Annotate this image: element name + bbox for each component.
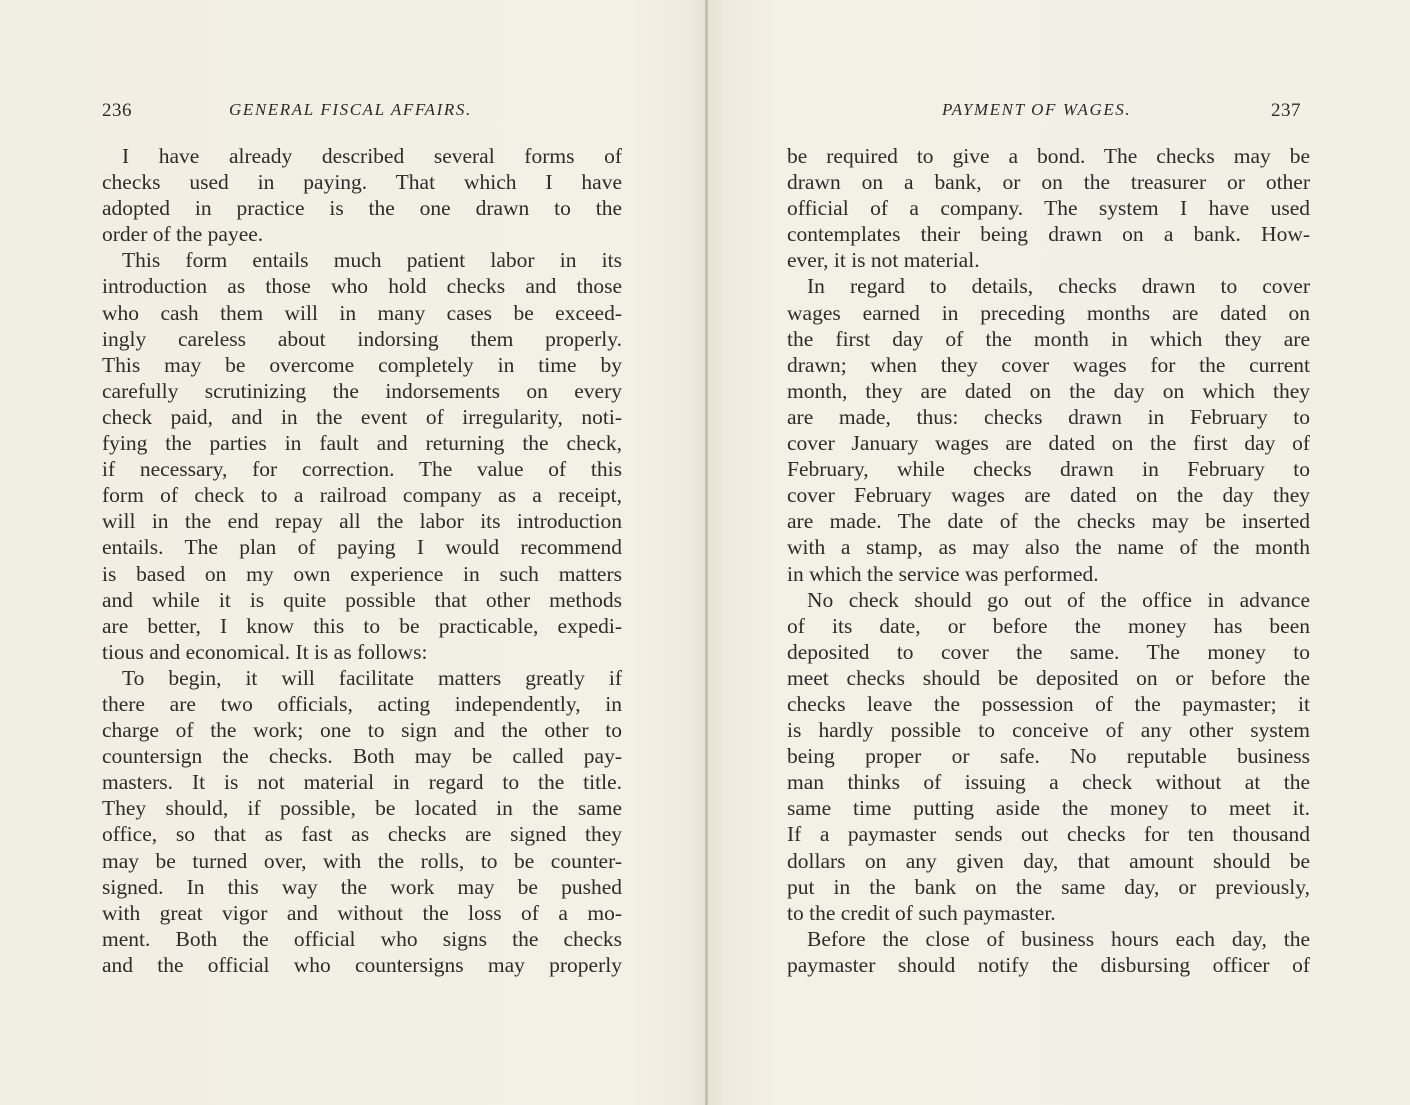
right-page: PAYMENT OF WAGES. 237 be required to giv…: [708, 0, 1410, 1105]
text-line: order of the payee.: [102, 221, 622, 247]
text-line: To begin, it will facilitate matters gre…: [102, 665, 622, 691]
text-line: there are two officials, acting independ…: [102, 691, 622, 717]
book-spread: 236 GENERAL FISCAL AFFAIRS. I have alrea…: [0, 0, 1410, 1105]
text-line: No check should go out of the office in …: [787, 587, 1310, 613]
text-line: and the official who countersigns may pr…: [102, 952, 622, 978]
text-line: wages earned in preceding months are dat…: [787, 300, 1310, 326]
text-line: is based on my own experience in such ma…: [102, 561, 622, 587]
text-line: entails. The plan of paying I would reco…: [102, 534, 622, 560]
text-line: are made. The date of the checks may be …: [787, 508, 1310, 534]
running-head: PAYMENT OF WAGES.: [942, 100, 1131, 120]
text-line: If a paymaster sends out checks for ten …: [787, 821, 1310, 847]
text-line: drawn; when they cover wages for the cur…: [787, 352, 1310, 378]
text-line: charge of the work; one to sign and the …: [102, 717, 622, 743]
text-line: adopted in practice is the one drawn to …: [102, 195, 622, 221]
text-line: ingly careless about indorsing them prop…: [102, 326, 622, 352]
text-line: who cash them will in many cases be exce…: [102, 300, 622, 326]
text-line: signed. In this way the work may be push…: [102, 874, 622, 900]
text-line: of its date, or before the money has bee…: [787, 613, 1310, 639]
text-line: meet checks should be deposited on or be…: [787, 665, 1310, 691]
text-line: masters. It is not material in regard to…: [102, 769, 622, 795]
text-line: being proper or safe. No reputable busin…: [787, 743, 1310, 769]
page-body-text: be required to give a bond. The checks m…: [787, 143, 1310, 978]
text-line: introduction as those who hold checks an…: [102, 273, 622, 299]
text-line: and while it is quite possible that othe…: [102, 587, 622, 613]
text-line: same time putting aside the money to mee…: [787, 795, 1310, 821]
text-line: checks leave the possession of the payma…: [787, 691, 1310, 717]
text-line: if necessary, for correction. The value …: [102, 456, 622, 482]
text-line: may be turned over, with the rolls, to b…: [102, 848, 622, 874]
text-line: February, while checks drawn in February…: [787, 456, 1310, 482]
text-line: put in the bank on the same day, or prev…: [787, 874, 1310, 900]
text-line: cover February wages are dated on the da…: [787, 482, 1310, 508]
text-line: month, they are dated on the day on whic…: [787, 378, 1310, 404]
left-page: 236 GENERAL FISCAL AFFAIRS. I have alrea…: [0, 0, 706, 1105]
text-line: This may be overcome completely in time …: [102, 352, 622, 378]
text-line: man thinks of issuing a check without at…: [787, 769, 1310, 795]
text-line: with great vigor and without the loss of…: [102, 900, 622, 926]
text-line: drawn on a bank, or on the treasurer or …: [787, 169, 1310, 195]
text-line: cover January wages are dated on the fir…: [787, 430, 1310, 456]
text-line: be required to give a bond. The checks m…: [787, 143, 1310, 169]
text-line: countersign the checks. Both may be call…: [102, 743, 622, 769]
text-line: Before the close of business hours each …: [787, 926, 1310, 952]
text-line: tious and economical. It is as follows:: [102, 639, 622, 665]
text-line: deposited to cover the same. The money t…: [787, 639, 1310, 665]
text-line: contemplates their being drawn on a bank…: [787, 221, 1310, 247]
text-line: This form entails much patient labor in …: [102, 247, 622, 273]
text-line: check paid, and in the event of irregula…: [102, 404, 622, 430]
page-body-text: I have already described several forms o…: [102, 143, 622, 978]
text-line: dollars on any given day, that amount sh…: [787, 848, 1310, 874]
text-line: in which the service was performed.: [787, 561, 1310, 587]
text-line: will in the end repay all the labor its …: [102, 508, 622, 534]
text-line: are made, thus: checks drawn in February…: [787, 404, 1310, 430]
text-line: form of check to a railroad company as a…: [102, 482, 622, 508]
text-line: with a stamp, as may also the name of th…: [787, 534, 1310, 560]
text-line: official of a company. The system I have…: [787, 195, 1310, 221]
text-line: They should, if possible, be located in …: [102, 795, 622, 821]
running-head: GENERAL FISCAL AFFAIRS.: [229, 100, 472, 120]
text-line: I have already described several forms o…: [102, 143, 622, 169]
text-line: ment. Both the official who signs the ch…: [102, 926, 622, 952]
text-line: fying the parties in fault and returning…: [102, 430, 622, 456]
text-line: the first day of the month in which they…: [787, 326, 1310, 352]
text-line: ever, it is not material.: [787, 247, 1310, 273]
text-line: carefully scrutinizing the indorsements …: [102, 378, 622, 404]
text-line: In regard to details, checks drawn to co…: [787, 273, 1310, 299]
text-line: is hardly possible to conceive of any ot…: [787, 717, 1310, 743]
text-line: are better, I know this to be practicabl…: [102, 613, 622, 639]
text-line: to the credit of such paymaster.: [787, 900, 1310, 926]
page-number: 237: [1271, 100, 1301, 122]
text-line: paymaster should notify the disbursing o…: [787, 952, 1310, 978]
text-line: office, so that as fast as checks are si…: [102, 821, 622, 847]
page-number: 236: [102, 100, 132, 122]
text-line: checks used in paying. That which I have: [102, 169, 622, 195]
